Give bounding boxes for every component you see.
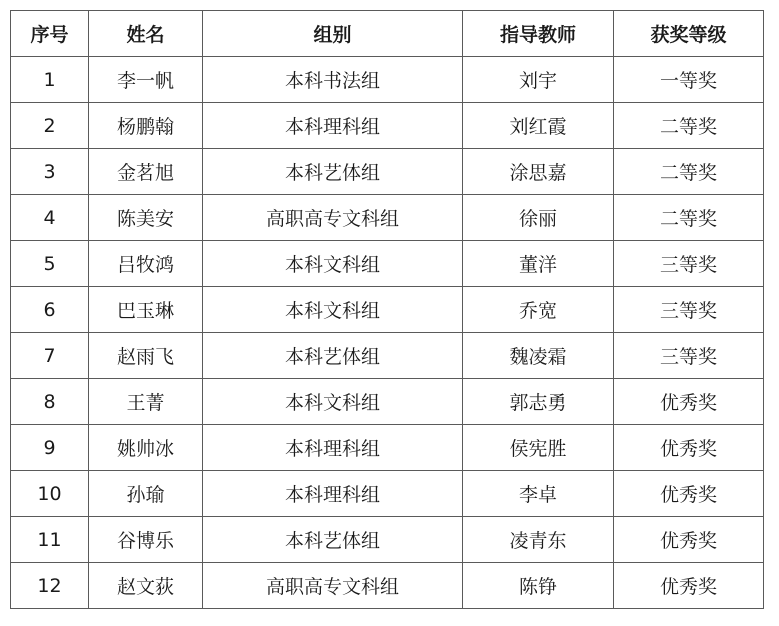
cell-number: 10: [11, 471, 89, 517]
cell-teacher: 涂思嘉: [463, 149, 614, 195]
header-number: 序号: [11, 11, 89, 57]
header-teacher: 指导教师: [463, 11, 614, 57]
header-name: 姓名: [89, 11, 203, 57]
cell-teacher: 陈铮: [463, 563, 614, 609]
cell-group: 本科艺体组: [203, 517, 463, 563]
header-award-level: 获奖等级: [614, 11, 764, 57]
cell-number: 6: [11, 287, 89, 333]
cell-name: 姚帅冰: [89, 425, 203, 471]
table-row: 11 谷博乐 本科艺体组 凌青东 优秀奖: [11, 517, 764, 563]
table-row: 10 孙瑜 本科理科组 李卓 优秀奖: [11, 471, 764, 517]
cell-number: 3: [11, 149, 89, 195]
cell-award-level: 优秀奖: [614, 471, 764, 517]
header-group: 组别: [203, 11, 463, 57]
page: 序号 姓名 组别 指导教师 获奖等级 1 李一帆 本科书法组 刘宇 一等奖 2 …: [0, 0, 779, 626]
cell-teacher: 徐丽: [463, 195, 614, 241]
cell-teacher: 董洋: [463, 241, 614, 287]
cell-name: 巴玉琳: [89, 287, 203, 333]
cell-group: 本科文科组: [203, 287, 463, 333]
cell-teacher: 刘宇: [463, 57, 614, 103]
cell-group: 高职高专文科组: [203, 563, 463, 609]
table-row: 7 赵雨飞 本科艺体组 魏凌霜 三等奖: [11, 333, 764, 379]
table-row: 6 巴玉琳 本科文科组 乔宽 三等奖: [11, 287, 764, 333]
cell-teacher: 魏凌霜: [463, 333, 614, 379]
cell-number: 7: [11, 333, 89, 379]
cell-award-level: 三等奖: [614, 333, 764, 379]
cell-group: 本科理科组: [203, 425, 463, 471]
cell-number: 2: [11, 103, 89, 149]
cell-number: 9: [11, 425, 89, 471]
cell-teacher: 乔宽: [463, 287, 614, 333]
cell-group: 本科文科组: [203, 379, 463, 425]
cell-name: 王菁: [89, 379, 203, 425]
cell-name: 杨鹏翰: [89, 103, 203, 149]
cell-group: 本科文科组: [203, 241, 463, 287]
table-row: 2 杨鹏翰 本科理科组 刘红霞 二等奖: [11, 103, 764, 149]
cell-name: 赵文荻: [89, 563, 203, 609]
cell-name: 金茗旭: [89, 149, 203, 195]
cell-group: 本科艺体组: [203, 333, 463, 379]
cell-name: 李一帆: [89, 57, 203, 103]
cell-name: 孙瑜: [89, 471, 203, 517]
cell-award-level: 优秀奖: [614, 517, 764, 563]
cell-award-level: 一等奖: [614, 57, 764, 103]
cell-number: 1: [11, 57, 89, 103]
cell-award-level: 优秀奖: [614, 563, 764, 609]
cell-teacher: 凌青东: [463, 517, 614, 563]
cell-award-level: 优秀奖: [614, 425, 764, 471]
cell-number: 8: [11, 379, 89, 425]
cell-number: 12: [11, 563, 89, 609]
table-row: 1 李一帆 本科书法组 刘宇 一等奖: [11, 57, 764, 103]
cell-award-level: 二等奖: [614, 195, 764, 241]
cell-teacher: 郭志勇: [463, 379, 614, 425]
table-row: 3 金茗旭 本科艺体组 涂思嘉 二等奖: [11, 149, 764, 195]
cell-award-level: 三等奖: [614, 241, 764, 287]
table-row: 8 王菁 本科文科组 郭志勇 优秀奖: [11, 379, 764, 425]
table-row: 4 陈美安 高职高专文科组 徐丽 二等奖: [11, 195, 764, 241]
cell-number: 5: [11, 241, 89, 287]
cell-group: 本科书法组: [203, 57, 463, 103]
cell-teacher: 李卓: [463, 471, 614, 517]
cell-name: 赵雨飞: [89, 333, 203, 379]
table-row: 9 姚帅冰 本科理科组 侯宪胜 优秀奖: [11, 425, 764, 471]
table-header-row: 序号 姓名 组别 指导教师 获奖等级: [11, 11, 764, 57]
cell-name: 吕牧鸿: [89, 241, 203, 287]
cell-name: 陈美安: [89, 195, 203, 241]
cell-award-level: 二等奖: [614, 149, 764, 195]
table-row: 5 吕牧鸿 本科文科组 董洋 三等奖: [11, 241, 764, 287]
cell-group: 本科理科组: [203, 471, 463, 517]
cell-number: 4: [11, 195, 89, 241]
cell-number: 11: [11, 517, 89, 563]
cell-group: 本科艺体组: [203, 149, 463, 195]
cell-award-level: 三等奖: [614, 287, 764, 333]
cell-name: 谷博乐: [89, 517, 203, 563]
cell-group: 本科理科组: [203, 103, 463, 149]
cell-award-level: 优秀奖: [614, 379, 764, 425]
cell-award-level: 二等奖: [614, 103, 764, 149]
cell-teacher: 刘红霞: [463, 103, 614, 149]
awards-table: 序号 姓名 组别 指导教师 获奖等级 1 李一帆 本科书法组 刘宇 一等奖 2 …: [10, 10, 764, 609]
cell-teacher: 侯宪胜: [463, 425, 614, 471]
cell-group: 高职高专文科组: [203, 195, 463, 241]
table-row: 12 赵文荻 高职高专文科组 陈铮 优秀奖: [11, 563, 764, 609]
